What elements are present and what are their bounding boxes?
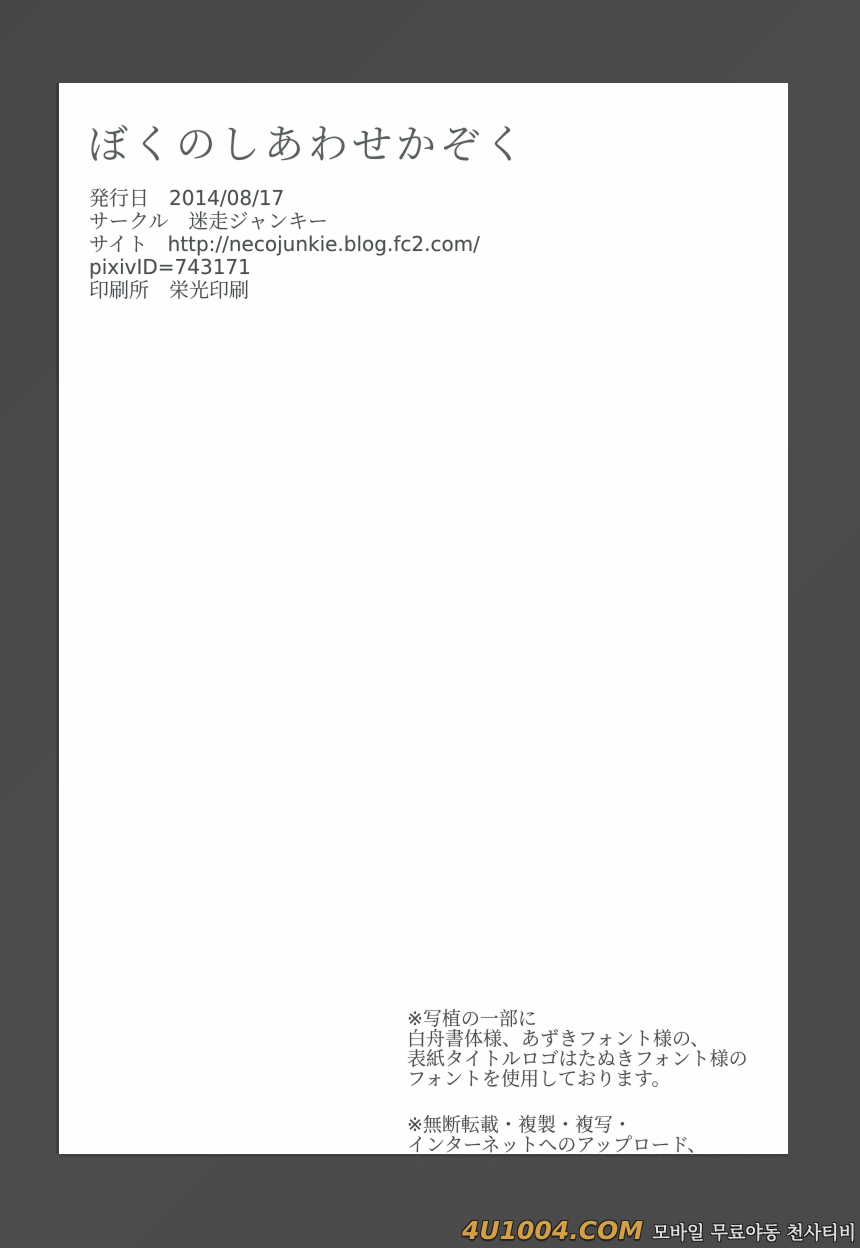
pirate-site-watermark: 4U1004.COM 모바일 무료야동 천사티비 (462, 1216, 856, 1245)
scan-background: ぼくのしあわせかぞく 発行日 2014/08/17 サークル 迷走ジャンキー サ… (0, 0, 860, 1248)
font-credit-note: ※写植の一部に 白舟書体様、あずきフォント様の、 表紙タイトルロゴはたぬきフォン… (407, 1009, 787, 1089)
info-line-circle: サークル 迷走ジャンキー (89, 210, 480, 233)
prohibition-line: オークションへの出品などは禁止しております。 (407, 1155, 787, 1175)
font-credit-line: 白舟書体様、あずきフォント様の、 (407, 1029, 787, 1049)
prohibition-note: ※無断転載・複製・複写・ インターネットへのアップロード、 オークションへの出品… (407, 1115, 787, 1175)
prohibition-line: インターネットへのアップロード、 (407, 1135, 787, 1155)
publication-info: 発行日 2014/08/17 サークル 迷走ジャンキー サイト http://n… (89, 187, 480, 302)
watermark-tagline: 모바일 무료야동 천사티비 (652, 1219, 856, 1245)
font-credit-line: 表紙タイトルロゴはたぬきフォント様の (407, 1049, 787, 1069)
font-credit-line: ※写植の一部に (407, 1009, 787, 1029)
info-line-publication-date: 発行日 2014/08/17 (89, 187, 480, 210)
notes-block: ※写植の一部に 白舟書体様、あずきフォント様の、 表紙タイトルロゴはたぬきフォン… (407, 1009, 787, 1175)
watermark-site-logo: 4U1004.COM (462, 1216, 643, 1245)
info-line-pixiv-id: pixivID=743171 (89, 256, 480, 279)
book-title: ぼくのしあわせかぞく (88, 113, 528, 170)
prohibition-line: ※無断転載・複製・複写・ (407, 1115, 787, 1135)
font-credit-line: フォントを使用しております。 (407, 1069, 787, 1089)
info-line-printer: 印刷所 栄光印刷 (89, 279, 480, 302)
colophon-page: ぼくのしあわせかぞく 発行日 2014/08/17 サークル 迷走ジャンキー サ… (59, 83, 788, 1154)
info-line-site-url: サイト http://necojunkie.blog.fc2.com/ (89, 233, 480, 256)
